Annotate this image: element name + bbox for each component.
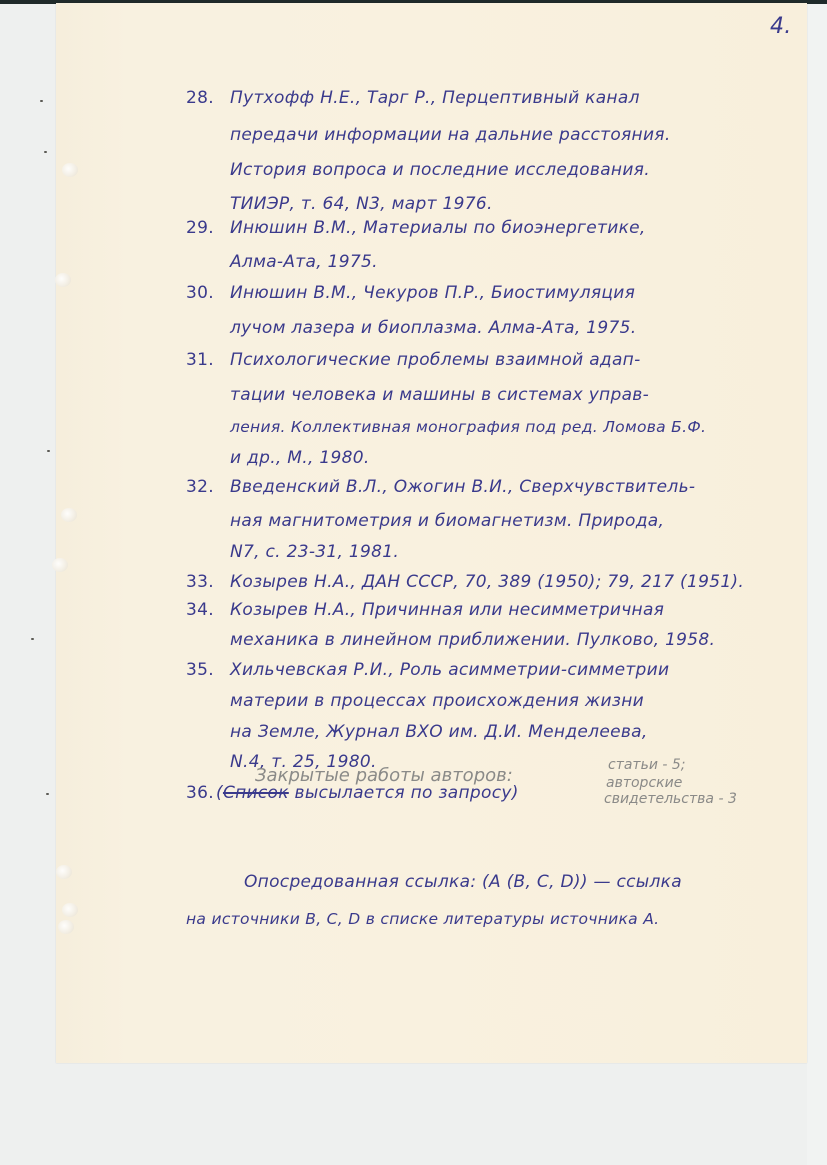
reference-line: Алма-Ата, 1975. [230, 252, 378, 272]
footnote-line: на источники B, C, D в списке литературы… [186, 910, 659, 928]
reference-number: 33. [186, 572, 230, 592]
reference-number: 35. [186, 660, 230, 680]
reference-number: 30. [186, 283, 230, 303]
reference-line: Козырев Н.А., Причинная или несимметричн… [230, 600, 664, 620]
footnote-line: Опосредованная ссылка: (А (B, C, D)) — с… [244, 872, 682, 892]
speck [31, 638, 34, 640]
punch-hole-mark [55, 273, 71, 287]
reference-line: лучом лазера и биоплазма. Алма-Ата, 1975… [230, 318, 636, 338]
speck [40, 100, 43, 102]
reference-number: 34. [186, 600, 230, 620]
reference-line: механика в линейном приближении. Пулково… [230, 630, 715, 650]
pencil-note-line: авторские [606, 775, 682, 791]
reference-line: N7, с. 23-31, 1981. [230, 542, 399, 562]
pencil-note-line: свидетельства - 3 [604, 791, 737, 807]
pencil-note-line: статьи - 5; [608, 757, 686, 773]
reference-line: Инюшин В.М., Материалы по биоэнергетике, [230, 218, 646, 238]
reference-line: ная магнитометрия и биомагнетизм. Природ… [230, 511, 664, 531]
reference-number: 28. [186, 88, 230, 108]
reference-line: Введенский В.Л., Ожогин В.И., Сверхчувст… [230, 477, 695, 497]
scanner-background [807, 4, 827, 1165]
reference-number: 36. [186, 783, 216, 803]
struck-word: Список [223, 783, 289, 803]
reference-line: на Земле, Журнал ВХО им. Д.И. Менделеева… [230, 722, 648, 742]
reference-line: Путхофф Н.Е., Тарг Р., Перцептивный кана… [230, 88, 640, 108]
speck [47, 450, 50, 452]
punch-hole-mark [62, 163, 78, 177]
reference-line: История вопроса и последние исследования… [230, 160, 650, 180]
punch-hole-mark [61, 508, 77, 522]
punch-hole-mark [62, 903, 78, 917]
open-paren: ( [216, 783, 223, 803]
reference-line: Психологические проблемы взаимной адап- [230, 350, 641, 370]
punch-hole-mark [52, 558, 68, 572]
punch-hole-mark [56, 865, 72, 879]
reference-number: 29. [186, 218, 230, 238]
reference-line: ления. Коллективная монография под ред. … [230, 418, 706, 436]
reference-number: 31. [186, 350, 230, 370]
page-number: 4. [770, 14, 792, 39]
reference-line: материи в процессах происхождения жизни [230, 691, 644, 711]
reference-number: 32. [186, 477, 230, 497]
punch-hole-mark [58, 920, 74, 934]
reference-line: передачи информации на дальние расстояни… [230, 125, 671, 145]
speck [46, 793, 49, 795]
reference-line: высылается по запросу) [289, 783, 519, 803]
reference-line: Хильчевская Р.И., Роль асимметрии-симмет… [230, 660, 669, 680]
pencil-note-line: Закрытые работы авторов: [255, 765, 513, 786]
reference-line: Козырев Н.А., ДАН СССР, 70, 389 (1950); … [230, 572, 744, 592]
reference-line: тации человека и машины в системах управ… [230, 385, 649, 405]
reference-line: Инюшин В.М., Чекуров П.Р., Биостимуляция [230, 283, 635, 303]
reference-line: и др., М., 1980. [230, 448, 370, 468]
speck [44, 151, 47, 153]
reference-line: ТИИЭР, т. 64, N3, март 1976. [230, 194, 493, 214]
